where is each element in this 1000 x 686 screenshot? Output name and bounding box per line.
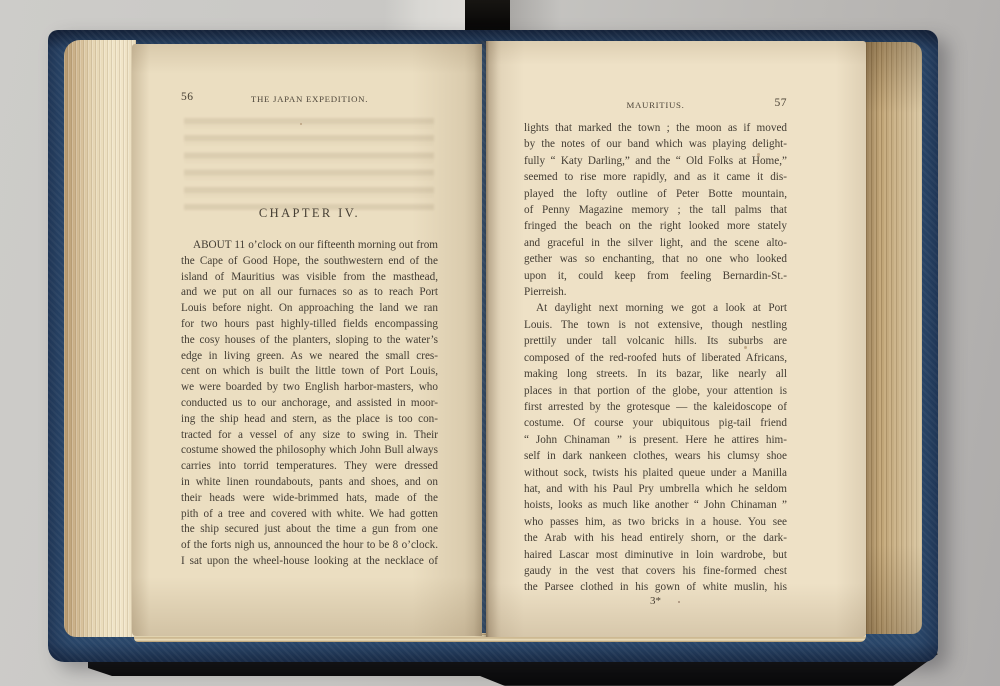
text-line: for two hours past highly-tilled fields …: [181, 317, 438, 333]
text-line: fully “ Katy Darling,” and the “ Old Fol…: [524, 153, 787, 169]
right-page-text: lights that marked the town ; the moon a…: [524, 120, 787, 596]
text-line: conducted us to our anchorage, and assis…: [181, 396, 438, 412]
text-line: we were boarded by two English harbor-ma…: [181, 380, 438, 396]
text-line: gaudy in the vest that covers his fine-f…: [524, 563, 787, 579]
foxing-speck: [678, 601, 680, 603]
text-line: the Cape of Good Hope, the southwestern …: [181, 254, 438, 270]
text-line: haired Lascar most diminutive in loin wa…: [524, 547, 787, 563]
text-line: tracted for a vessel of any size to swin…: [181, 428, 438, 444]
text-line: cent on which is built the little town o…: [181, 364, 438, 380]
foxing-speck: [744, 346, 747, 349]
text-line: their heads were wide-brimmed hats, made…: [181, 491, 438, 507]
text-line: the Parsee clothed in his gown of white …: [524, 579, 787, 595]
text-line: and we put on all our furnaces so as to …: [181, 285, 438, 301]
text-line: ABOUT 11 o’clock on our fifteenth mornin…: [181, 238, 438, 254]
text-line: first arrested by the grotesque — the ka…: [524, 399, 787, 415]
text-line: upon it, could keep from feeling Bernard…: [524, 268, 787, 284]
book-photo-scene: 56 THE JAPAN EXPEDITION. CHAPTER IV. ABO…: [0, 0, 1000, 686]
text-line: of the forts nigh us, announced the hour…: [181, 538, 438, 554]
left-page: 56 THE JAPAN EXPEDITION. CHAPTER IV. ABO…: [132, 44, 482, 636]
text-line: without sock, twists his plaited queue u…: [524, 465, 787, 481]
text-line: who passes him, as two bricks in a house…: [524, 514, 787, 530]
text-line: At daylight next morning we got a look a…: [524, 300, 787, 316]
right-page-number: 57: [524, 97, 787, 109]
text-line: lights that marked the town ; the moon a…: [524, 120, 787, 136]
text-line: costume showed the philosophy which John…: [181, 443, 438, 459]
text-line: and graceful in the silver light, and th…: [524, 235, 787, 251]
text-line: the Arab with his head entirely shorn, o…: [524, 530, 787, 546]
text-line: making long streets. In its bazar, like …: [524, 366, 787, 382]
chapter-heading: CHAPTER IV.: [181, 206, 438, 221]
page-edges-right: [864, 42, 922, 634]
text-line: in white linen roundabouts, pants and sh…: [181, 475, 438, 491]
right-page: MAURITIUS. 57 lights that marked the tow…: [486, 41, 866, 637]
text-line: prettily under tall volcanic hills. Its …: [524, 333, 787, 349]
left-page-text: ABOUT 11 o’clock on our fifteenth mornin…: [181, 238, 438, 570]
text-line: island of Mauritius was visible from the…: [181, 270, 438, 286]
text-line: ing the ship head and stern, as the plac…: [181, 412, 438, 428]
text-line: seemed to rise more rapidly, and as it c…: [524, 169, 787, 185]
signature-mark: 3*: [524, 595, 787, 607]
text-line: hat, and with his Paul Pry umbrella whic…: [524, 481, 787, 497]
text-line: Louis. The town is not extensive, though…: [524, 317, 787, 333]
text-line: of Penny Magazine memory ; the tall palm…: [524, 202, 787, 218]
text-line: pith of a tree and covered with white. W…: [181, 507, 438, 523]
text-line: fringed the beach on the right looked mo…: [524, 218, 787, 234]
foxing-speck: [300, 123, 302, 125]
text-line: by the notes of our band which was playi…: [524, 136, 787, 152]
page-edges-left: [64, 40, 136, 637]
text-line: self in dark nankeen clothes, wears his …: [524, 448, 787, 464]
text-line: played the lofty outline of Peter Botte …: [524, 186, 787, 202]
text-line: places in that portion of the globe, you…: [524, 383, 787, 399]
text-line: the cosy houses of the planters, sloping…: [181, 333, 438, 349]
left-running-header: THE JAPAN EXPEDITION.: [181, 94, 438, 104]
text-line: “ John Chinaman ” is present. Here he at…: [524, 432, 787, 448]
text-line: I sat upon the wheel-house looking at th…: [181, 554, 438, 570]
text-line: composed of the red-roofed huts of liber…: [524, 350, 787, 366]
text-line: hoists, looks as much like another “ Joh…: [524, 497, 787, 513]
text-line: carries into torrid temperatures. They w…: [181, 459, 438, 475]
text-line: costume. Of course your ubiquitous pig-t…: [524, 415, 787, 431]
text-line: edge in living green. As we neared the s…: [181, 349, 438, 365]
text-line: gether was so enchanting, that no one wh…: [524, 251, 787, 267]
text-line: the ship secured just about the time a g…: [181, 522, 438, 538]
foxing-speck: [757, 153, 760, 156]
text-line: Pierreish.: [524, 284, 787, 300]
text-line: Louis before night. On approaching the l…: [181, 301, 438, 317]
show-through-ghost-text: [184, 118, 434, 210]
